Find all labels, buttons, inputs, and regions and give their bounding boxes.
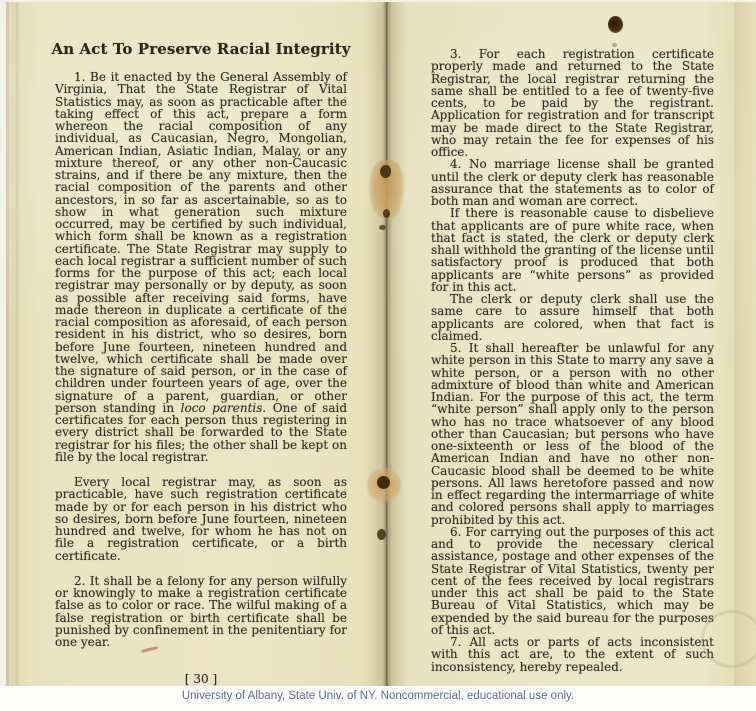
attribution-text: University of Albany, State Univ. of NY.… xyxy=(0,690,756,702)
act-section-4: 4. No marriage license shall be granted … xyxy=(431,158,714,207)
act-paragraph-disbelieve: If there is reasonable cause to disbelie… xyxy=(431,207,714,293)
act-section-1: 1. Be it enacted by the General Assembly… xyxy=(55,71,347,463)
left-page-text-column: An Act To Preserve Racial Integrity 1. B… xyxy=(55,40,347,686)
act-section-7: 7. All acts or parts of acts inconsisten… xyxy=(431,636,714,673)
act-section-5: 5. It shall hereafter be unlawful for an… xyxy=(431,342,714,526)
right-page-text-column: 3. For each registration certificate pro… xyxy=(431,48,714,710)
act-section-3: 3. For each registration certificate pro… xyxy=(431,48,714,158)
act-section-6: 6. For carrying out the purposes of this… xyxy=(431,526,714,636)
act-section-2: 2. It shall be a felony for any person w… xyxy=(55,575,347,649)
act-title: An Act To Preserve Racial Integrity xyxy=(31,40,371,58)
act-paragraph-registrar: Every local registrar may, as soon as pr… xyxy=(55,476,347,562)
attribution-strip: University of Albany, State Univ. of NY.… xyxy=(0,686,756,711)
open-booklet-scan: An Act To Preserve Racial Integrity 1. B… xyxy=(0,2,756,686)
page-number-30: [ 30 ] xyxy=(55,673,347,685)
section-1-text: 1. Be it enacted by the General Assembly… xyxy=(55,70,347,415)
act-paragraph-colored: The clerk or deputy clerk shall use the … xyxy=(431,293,714,342)
